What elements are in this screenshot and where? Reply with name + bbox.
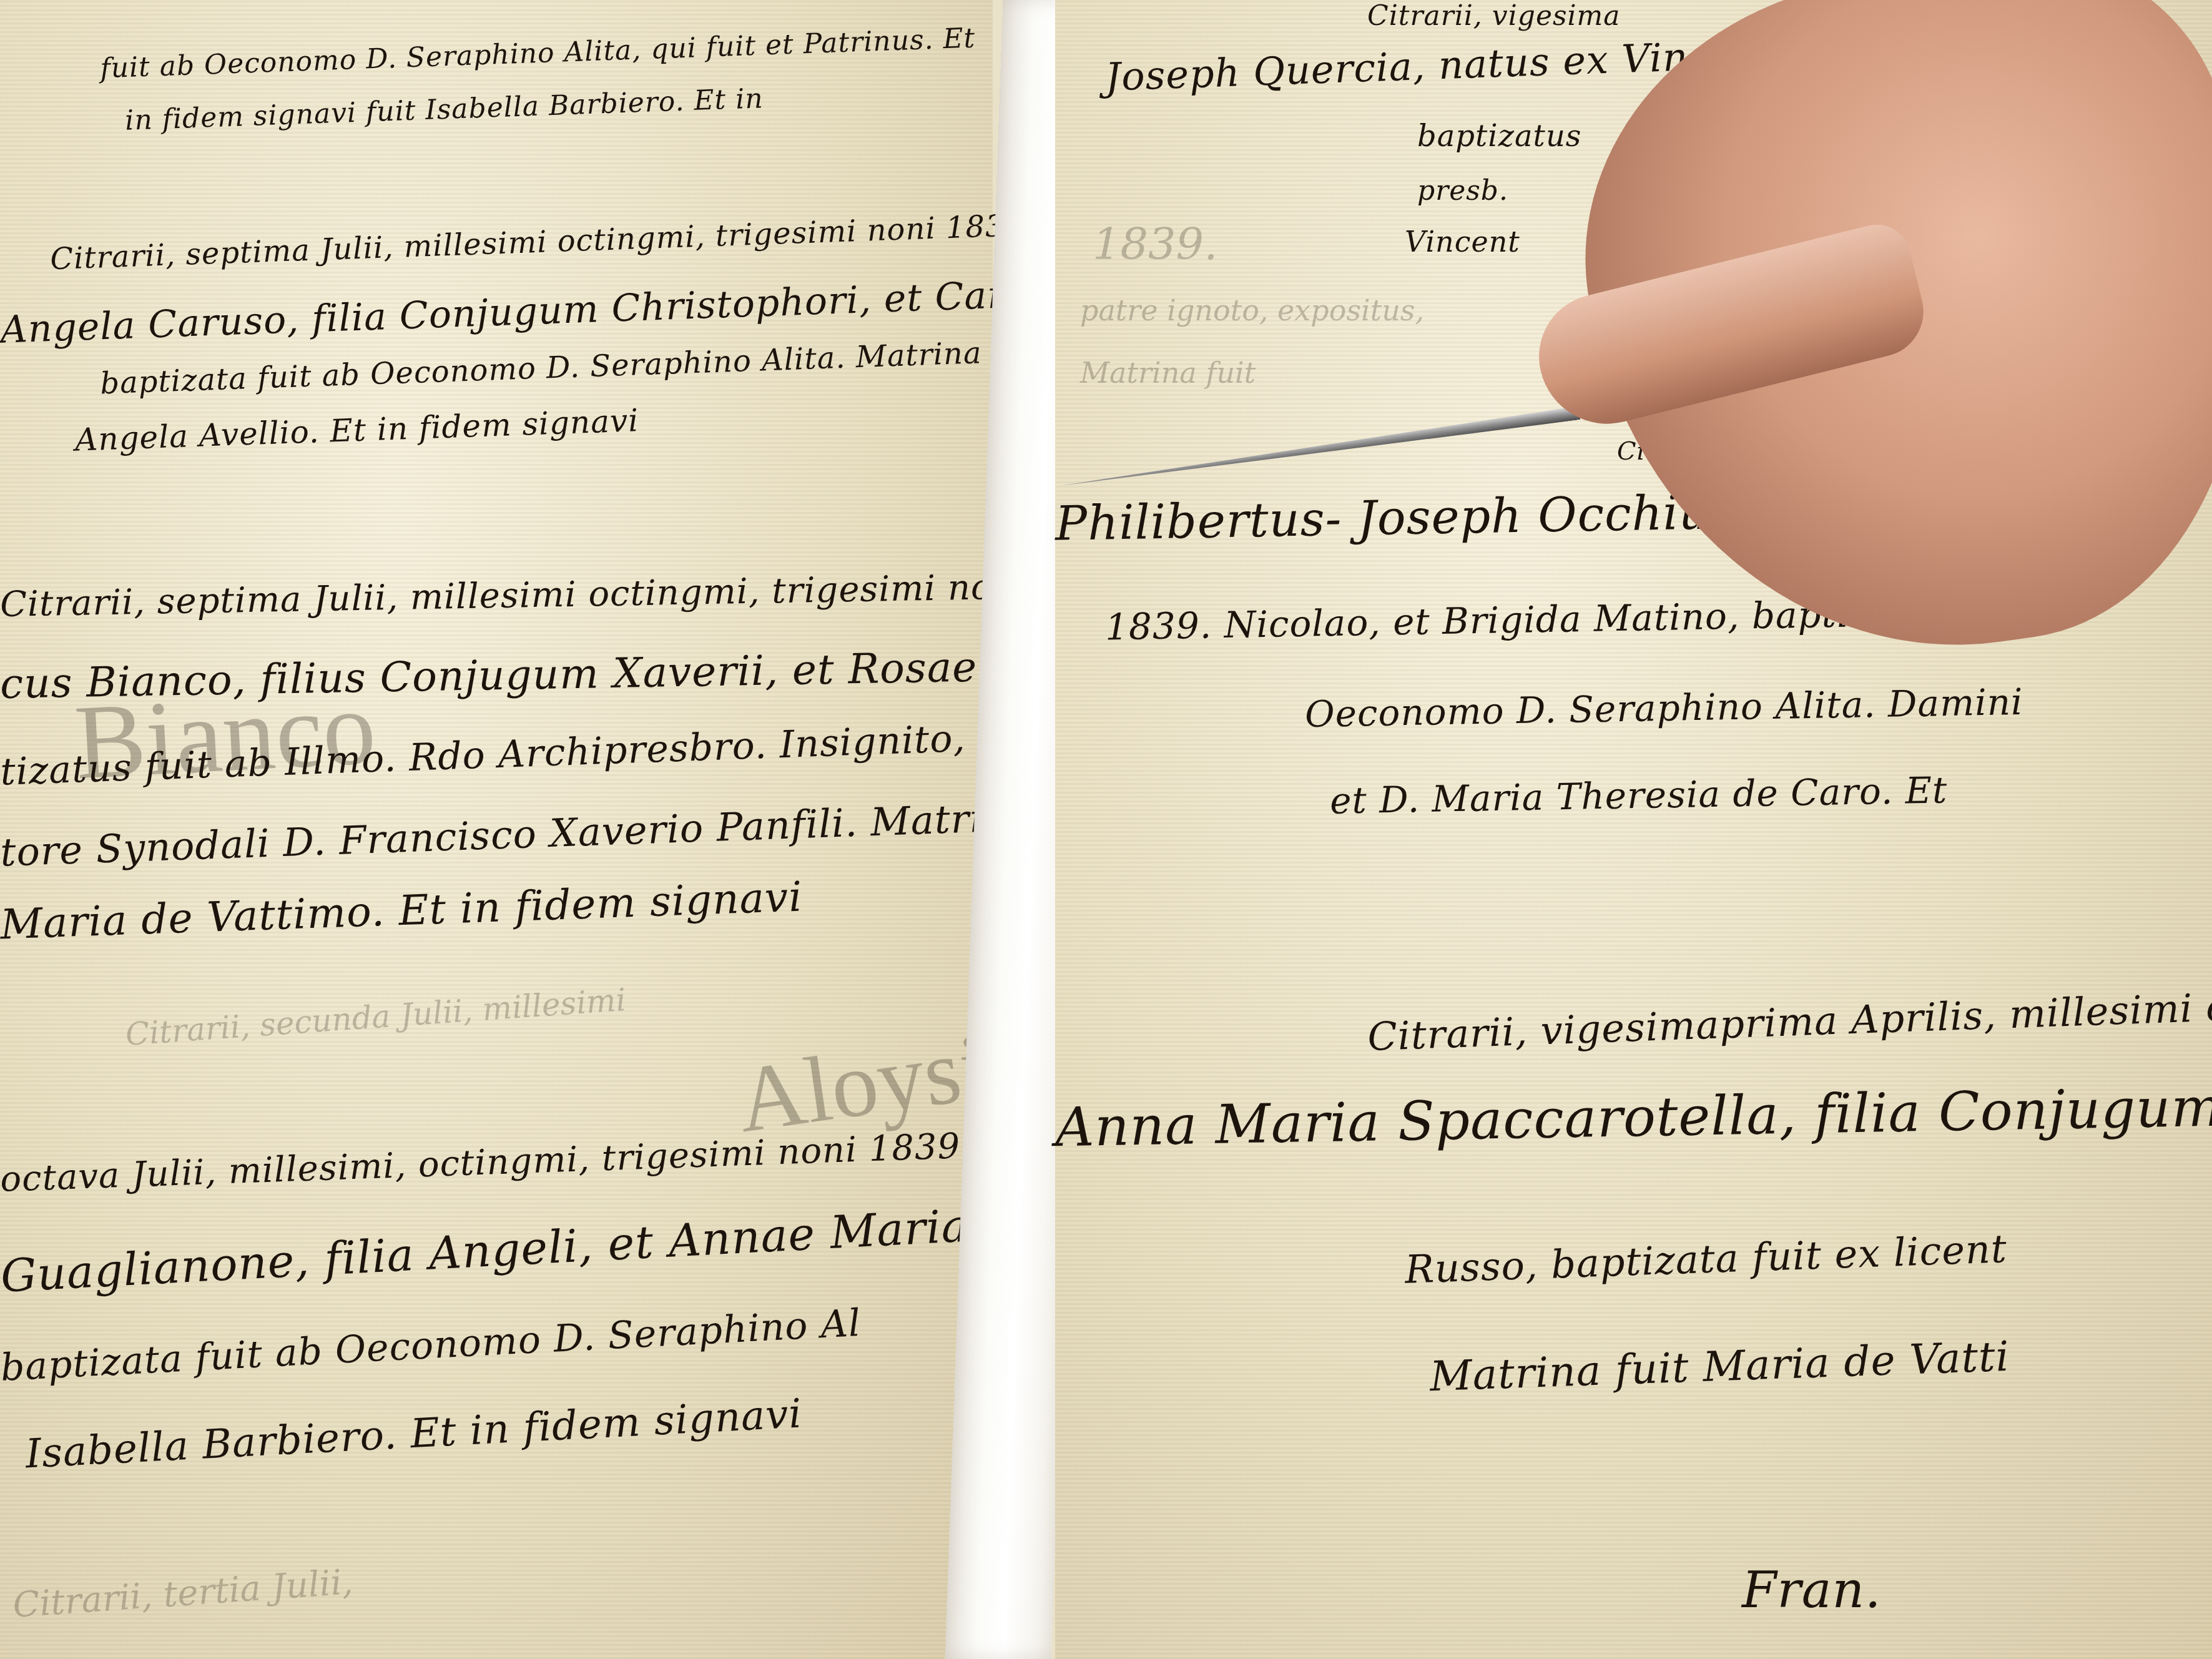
manuscript-line: tore Synodali D. Francisco Xaverio Panfi… (0, 794, 1033, 875)
manuscript-line: Citrarii, septima Julii, millesimi octin… (0, 564, 1143, 625)
manuscript-line: et D. Maria Theresia de Caro. Et (1329, 769, 1947, 822)
manuscript-line: Russo, baptizata fuit ex licent (1404, 1226, 2008, 1292)
manuscript-line: Matrina fuit Maria de Vatti (1429, 1332, 2010, 1401)
manuscript-line: 1839. Nicolao, et Brigida Matino, bapti (1104, 593, 1849, 649)
bleed-through-line: Citrarii, secunda Julii, millesimi (124, 982, 627, 1053)
manuscript-line: octava Julii, millesimi, octingmi, trige… (0, 1126, 961, 1200)
manuscript-line: Isabella Barbiero. Et in fidem signavi (24, 1391, 804, 1477)
manuscript-line: baptizatus (1417, 119, 1581, 154)
manuscript-line: Maria de Vattimo. Et in fidem signavi (0, 873, 804, 949)
manuscript-line: Angela Avellio. Et in fidem signavi (74, 402, 639, 458)
manuscript-line: Fran. (1742, 1561, 1881, 1619)
bleed-through-line: Matrina fuit (1080, 356, 1256, 390)
manuscript-line: Citrarii, vigesimaprima Aprilis, millesi… (1367, 984, 2212, 1060)
bleed-through-line: Citrarii, tertia Julii, (11, 1562, 354, 1626)
manuscript-line: fuit ab Oeconomo D. Seraphino Alita, qui… (100, 22, 976, 85)
manuscript-line: Citrarii, septima Julii, millesimi octin… (49, 208, 1025, 277)
manuscript-line: baptizata fuit ab Oeconomo D. Seraphino … (0, 1301, 862, 1390)
manuscript-line: Vincent (1405, 225, 1520, 258)
manuscript-line: Anna Maria Spaccarotella, filia Conjugum (1054, 1076, 2212, 1159)
left-manuscript-page: Bianco Aloysius fuit ab Oeconomo D. Sera… (0, 0, 993, 1659)
manuscript-line: in fidem signavi fuit Isabella Barbiero.… (124, 82, 764, 137)
manuscript-line: presb. (1417, 175, 1508, 207)
manuscript-line: Guaglianone, filia Angeli, et Annae Mari… (0, 1198, 997, 1302)
manuscript-line: Citrarii, vigesima (1367, 0, 1621, 32)
manuscript-line: Joseph Quercia, natus ex Vinc (1104, 33, 1711, 100)
manuscript-line: Oeconomo D. Seraphino Alita. Damini (1304, 681, 2023, 736)
bleed-through-line: patre ignoto, expositus, (1080, 293, 1424, 327)
bleed-through-line: 1839. (1093, 219, 1217, 270)
